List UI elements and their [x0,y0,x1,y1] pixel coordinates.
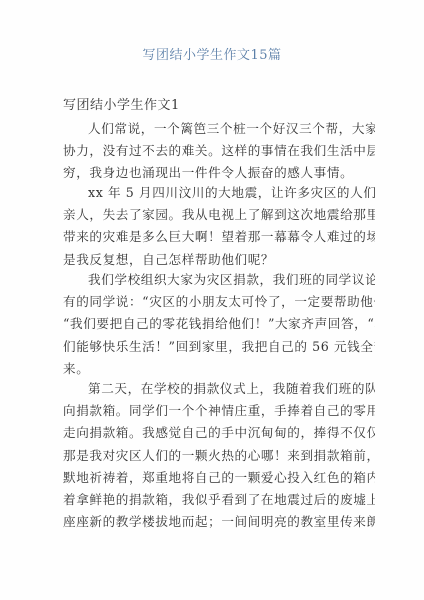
paragraph-3: 我们学校组织大家为灾区捐款，我们班的同学议论纷纷。 有的同学说：“灾区的小朋友太… [63,269,375,380]
paragraph-4: 第二天，在学校的捐款仪式上，我随着我们班的队伍走 向捐款箱。同学们一个个神情庄重… [63,378,375,533]
paragraph-line: 人们常说，一个篱笆三个桩一个好汉三个帮，大家齐心 [63,118,375,140]
paragraph-line: 是我反复想，自己怎样帮助他们呢？ [63,249,375,271]
paragraph-1: 人们常说，一个篱笆三个桩一个好汉三个帮，大家齐心 协力，没有过不去的难关。这样的… [63,118,375,185]
section-title: 写团结小学生作文1 [63,94,180,113]
paragraph-2: xx 年 5 月四川汶川的大地震，让许多灾区的人们失去了 亲人，失去了家园。我从… [63,182,375,271]
paragraph-line: 亲人，失去了家园。我从电视上了解到这次地震给那里的人 们 [63,204,375,226]
paragraph-line: xx 年 5 月四川汶川的大地震，让许多灾区的人们失去了 [63,182,375,204]
paragraph-line: 第二天，在学校的捐款仪式上，我随着我们班的队伍走 [63,378,375,400]
paragraph-line: 们能够快乐生活！”回到家里，我把自己的 56 元钱全部拿 了出 [63,336,375,358]
paragraph-line: 那是我对灾区人们的一颗火热的心哪！来到捐款箱前，我默 [63,445,375,467]
paragraph-line: 座座新的教学楼拔地而起；一间间明亮的教室里传来朗朗的 [63,511,375,533]
paragraph-line: 向捐款箱。同学们一个个神情庄重，手捧着自己的零用钱， [63,400,375,422]
paragraph-line: “我们要把自己的零花钱捐给他们！”大家齐声回答，“希望 他 [63,313,375,335]
paragraph-line: 着拿鲜艳的捐款箱，我似乎看到了在地震过后的废墟上，一 [63,489,375,511]
paragraph-line: 来。 [63,358,375,380]
paragraph-line: 协力，没有过不去的难关。这样的事情在我们生活中层出不 [63,140,375,162]
document-page: 写团结小学生作文15篇 写团结小学生作文1 人们常说，一个篱笆三个桩一个好汉三个… [0,0,424,600]
paragraph-line: 默地祈祷着，郑重地将自己的一颗爱心投入红色的箱内。望 [63,467,375,489]
paragraph-line: 我们学校组织大家为灾区捐款，我们班的同学议论纷纷。 [63,269,375,291]
paragraph-line: 有的同学说：“灾区的小朋友太可怜了，一定要帮助他们！” [63,291,375,313]
document-title: 写团结小学生作文15篇 [0,44,424,63]
paragraph-line: 带来的灾难是多么巨大啊！望着那一幕幕令人难过的场面， 于 [63,226,375,248]
paragraph-line: 走向捐款箱。我感觉自己的手中沉甸甸的，捧得不仅仅是钱， [63,422,375,444]
